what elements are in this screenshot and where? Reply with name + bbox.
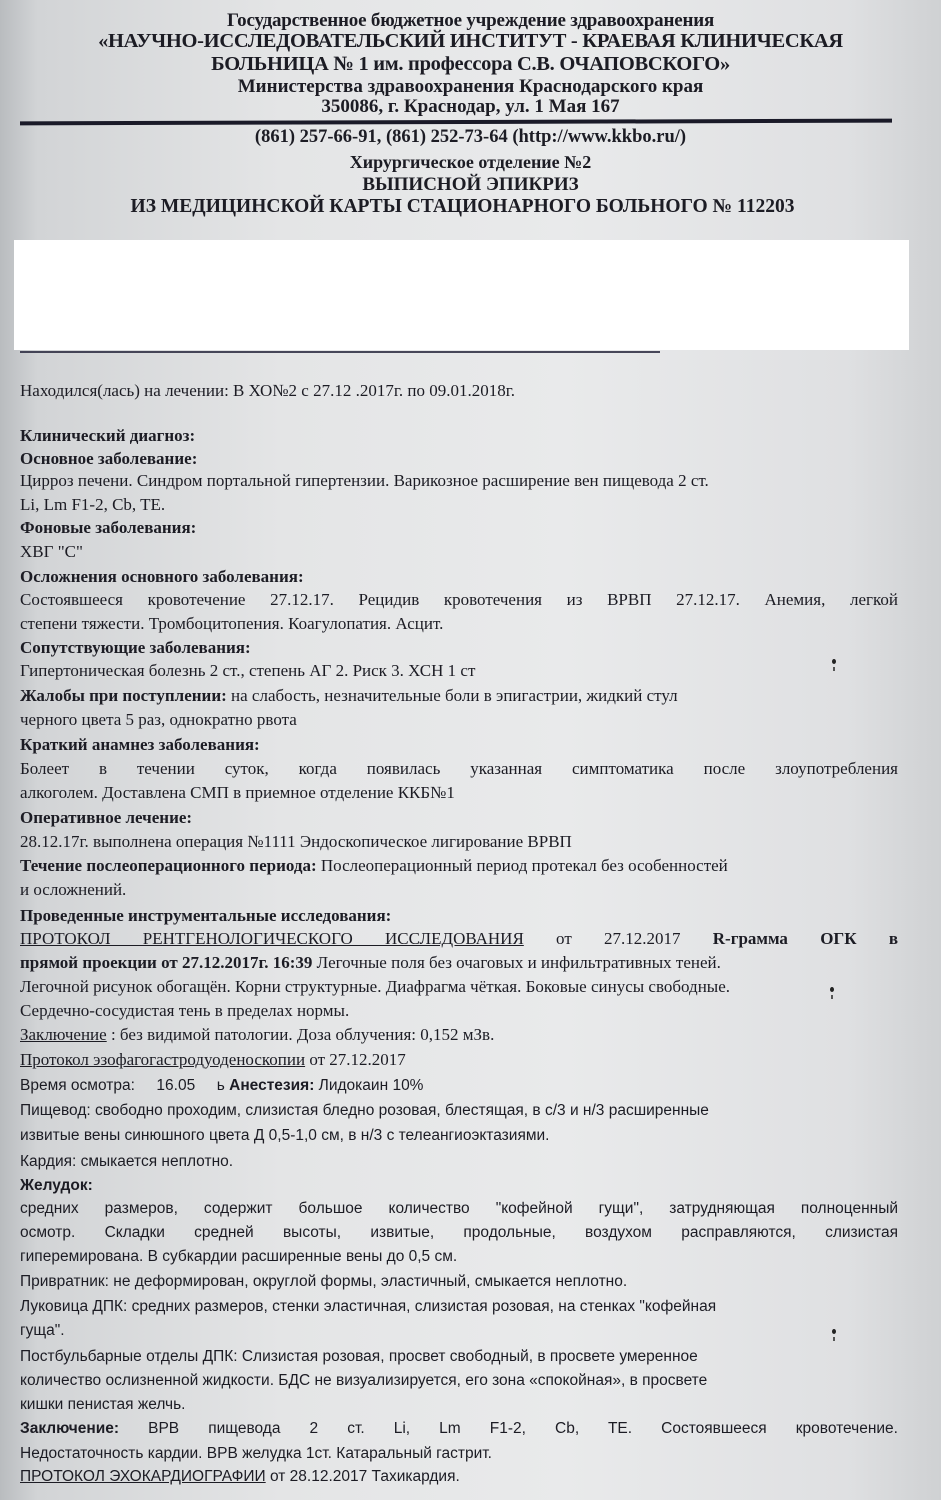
xray-conclusion: Заключение : без видимой патологии. Доза… xyxy=(20,1024,494,1045)
xray-conclusion-label: Заключение xyxy=(20,1025,107,1044)
xray-findings: Легочные поля без очаговых и инфильтрати… xyxy=(312,953,720,972)
egds-conclusion-line2: Недостаточность кардии. ВРВ желудка 1ст.… xyxy=(20,1443,492,1464)
stomach-line1: средних размеров, содержит большое колич… xyxy=(20,1198,898,1219)
esophagus-line1: Пищевод: свободно проходим, слизистая бл… xyxy=(20,1100,709,1121)
ministry: Министерства здравоохранения Краснодарск… xyxy=(0,76,941,98)
surgery-text: 28.12.17г. выполнена операция №1111 Эндо… xyxy=(20,831,572,852)
background-disease-heading: Фоновые заболевания: xyxy=(20,517,196,538)
discharge-summary-page: Государственное бюджетное учреждение здр… xyxy=(0,0,941,1500)
main-disease-heading: Основное заболевание: xyxy=(20,448,197,469)
egds-conclusion-text: ВРВ пищевода 2 ст. Li, Lm F1-2, Cb, TE. … xyxy=(119,1420,898,1437)
echo-line: ПРОТОКОЛ ЭХОКАРДИОГРАФИИ от 28.12.2017 Т… xyxy=(20,1466,460,1487)
department: Хирургическое отделение №2 xyxy=(0,152,941,173)
concomitant-disease: Гипертоническая болезнь 2 ст., степень А… xyxy=(20,660,475,681)
header-divider xyxy=(20,119,892,126)
stomach-heading: Желудок: xyxy=(20,1175,93,1196)
postop-label: Течение послеоперационного периода: xyxy=(20,856,317,875)
bulb-line1: Луковица ДПК: средних размеров, стенки э… xyxy=(20,1296,716,1317)
postop-text: Послеоперационный период протекал без ос… xyxy=(317,856,728,875)
postbulb-line2: количество ослизненной жидкости. БДС не … xyxy=(20,1370,707,1391)
postbulb-line3: кишки пенистая желчь. xyxy=(20,1394,185,1415)
ink-speck xyxy=(832,659,836,664)
anamnesis-heading: Краткий анамнез заболевания: xyxy=(20,734,260,755)
xray-protocol-title: ПРОТОКОЛ РЕНТГЕНОЛОГИЧЕСКОГО ИССЛЕДОВАНИ… xyxy=(20,929,524,948)
complaints-line1: Жалобы при поступлении: на слабость, нез… xyxy=(20,685,678,706)
complaints-text: на слабость, незначительные боли в эпига… xyxy=(227,686,678,705)
redacted-patient-info xyxy=(14,240,909,350)
studies-heading: Проведенные инструментальные исследовани… xyxy=(20,905,391,926)
postbulb-line1: Постбульбарные отделы ДПК: Слизистая роз… xyxy=(20,1346,698,1367)
anesthesia-label: Анестезия: xyxy=(229,1077,314,1094)
egds-time: Время осмотра: 16.05 ь xyxy=(20,1077,229,1094)
anesthesia-value: Лидокаин 10% xyxy=(314,1077,423,1094)
xray-date: от 27.12.2017 xyxy=(556,929,713,948)
egds-conclusion-label: Заключение: xyxy=(20,1420,119,1437)
pylorus: Привратник: не деформирован, округлой фо… xyxy=(20,1271,627,1292)
surgery-heading: Оперативное лечение: xyxy=(20,807,192,828)
egds-title-line: Протокол эзофагогастродуоденоскопии от 2… xyxy=(20,1049,406,1070)
echo-result: от 28.12.2017 Тахикардия. xyxy=(266,1468,460,1485)
postop-line1: Течение послеоперационного периода: Посл… xyxy=(20,855,728,876)
contacts: (861) 257-66-91, (861) 252-73-64 (http:/… xyxy=(0,127,941,148)
main-disease-line1: Цирроз печени. Синдром портальной гиперт… xyxy=(20,470,709,491)
complications-line2: степени тяжести. Тромбоцитопения. Коагул… xyxy=(20,613,443,634)
egds-time-line: Время осмотра: 16.05 ь Анестезия: Лидока… xyxy=(20,1075,423,1096)
complications-line1: Состоявшееся кровотечение 27.12.17. Реци… xyxy=(20,589,898,610)
egds-date: от 27.12.2017 xyxy=(305,1050,406,1069)
ink-speck xyxy=(833,1337,835,1341)
echo-protocol-title: ПРОТОКОЛ ЭХОКАРДИОГРАФИИ xyxy=(20,1468,266,1485)
ink-speck xyxy=(831,995,833,999)
complaints-label: Жалобы при поступлении: xyxy=(20,686,227,705)
complaints-line2: черного цвета 5 раз, однократно рвота xyxy=(20,709,297,730)
xray-line3: Легочной рисунок обогащён. Корни структу… xyxy=(20,976,730,997)
xray-line4: Сердечно-сосудистая тень в пределах норм… xyxy=(20,1000,349,1021)
concomitant-heading: Сопутствующие заболевания: xyxy=(20,637,251,658)
document-subtitle: ИЗ МЕДИЦИНСКОЙ КАРТЫ СТАЦИОНАРНОГО БОЛЬН… xyxy=(0,196,933,218)
background-disease: ХВГ "С" xyxy=(20,541,83,562)
anamnesis-line1: Болеет в течении суток, когда появилась … xyxy=(20,758,898,779)
xray-projection: прямой проекции от 27.12.2017г. 16:39 xyxy=(20,953,312,972)
institution-name-line1: «НАУЧНО-ИССЛЕДОВАТЕЛЬСКИЙ ИНСТИТУТ - КРА… xyxy=(0,30,941,53)
xray-type: R-грамма ОГК в xyxy=(713,929,898,948)
ink-speck xyxy=(833,667,835,671)
esophagus-line2: извитые вены синюшного цвета Д 0,5-1,0 с… xyxy=(20,1125,549,1146)
document-title: ВЫПИСНОЙ ЭПИКРИЗ xyxy=(0,174,941,196)
stomach-line3: гиперемирована. В субкардии расширенные … xyxy=(20,1246,457,1267)
institution-type: Государственное бюджетное учреждение здр… xyxy=(0,10,941,32)
cardia: Кардия: смыкается неплотно. xyxy=(20,1151,233,1172)
egds-conclusion-line1: Заключение: ВРВ пищевода 2 ст. Li, Lm F1… xyxy=(20,1418,898,1439)
postop-line2: и осложнений. xyxy=(20,879,126,900)
institution-name-line2: БОЛЬНИЦА № 1 им. профессора С.В. ОЧАПОВС… xyxy=(0,53,941,76)
clinical-diagnosis-heading: Клинический диагноз: xyxy=(20,425,195,446)
ink-speck xyxy=(832,1329,836,1334)
patient-divider xyxy=(20,351,660,353)
stay-period: Находился(лась) на лечении: В ХО№2 с 27.… xyxy=(20,380,515,401)
complications-heading: Осложнения основного заболевания: xyxy=(20,566,304,587)
address: 350086, г. Краснодар, ул. 1 Мая 167 xyxy=(0,96,941,118)
xray-line1: ПРОТОКОЛ РЕНТГЕНОЛОГИЧЕСКОГО ИССЛЕДОВАНИ… xyxy=(20,928,898,949)
xray-conclusion-text: : без видимой патологии. Доза облучения:… xyxy=(107,1025,495,1044)
bulb-line2: гуща". xyxy=(20,1320,65,1341)
stomach-line2: осмотр. Складки средней высоты, извитые,… xyxy=(20,1222,898,1243)
main-disease-line2: Li, Lm F1-2, Cb, TE. xyxy=(20,494,165,515)
anamnesis-line2: алкоголем. Доставлена СМП в приемное отд… xyxy=(20,782,455,803)
ink-speck xyxy=(830,987,834,992)
egds-protocol-title: Протокол эзофагогастродуоденоскопии xyxy=(20,1050,305,1069)
xray-line2: прямой проекции от 27.12.2017г. 16:39 Ле… xyxy=(20,952,721,973)
